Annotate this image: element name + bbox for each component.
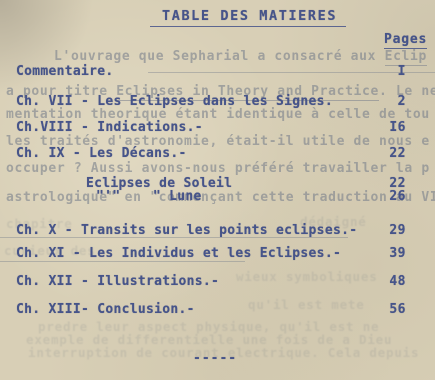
toc-entry-page-number: I6 [378, 120, 406, 135]
toc-entry-label: Ch. IX - Les Décans.- [16, 146, 187, 161]
toc-entry-page-number: 56 [378, 302, 406, 317]
toc-entry-label: Ch. XIII- Conclusion.- [16, 302, 195, 317]
bleedthrough-rule [0, 261, 245, 262]
bleedthrough-text: occuper ? Aussi avons-nous préféré trava… [6, 161, 430, 176]
toc-entry-page-number: 26 [378, 189, 406, 204]
pages-column-header: Pages [384, 32, 427, 49]
bleedthrough-text-line: L'ouvrage que Sepharial a consacré aux E… [54, 49, 427, 64]
toc-row: Ch. XIII- Conclusion.- 56 [0, 302, 435, 316]
page-title: TABLE DES MATIERES [150, 8, 346, 27]
toc-entry-label: Ch. X - Transits sur les points eclipses… [16, 223, 357, 238]
toc-row: Ch. XI - Les Individus et les Eclipses.-… [0, 246, 435, 260]
toc-entry-page-number: 39 [378, 246, 406, 261]
toc-entry-page-number: 22 [378, 146, 406, 161]
toc-entry-label: Ch.VIII - Indications.- [16, 120, 203, 135]
toc-entry-label: Ch. XI - Les Individus et les Eclipses.- [16, 246, 341, 261]
scanned-document-page: L'ouvrage que Sepharial a consacré aux E… [0, 0, 435, 380]
toc-entry-page-number: 2 [378, 94, 406, 109]
toc-row: Ch. X - Transits sur les points eclipses… [0, 223, 435, 237]
toc-entry-label: Ch. VII - Les Eclipses dans les Signes. [16, 94, 333, 109]
toc-entry-page-number: 48 [378, 274, 406, 289]
toc-entry-label: "'" " Lune [96, 189, 202, 204]
toc-entry-label: Commentaire. [16, 64, 114, 79]
end-dashes: ----- [193, 351, 237, 366]
toc-row: Eclipses de Soleil 22 [0, 176, 435, 190]
toc-row: "'" " Lune 26 [0, 189, 435, 203]
bleedthrough-text: L'ouvrage que Sepharial a consacré aux [54, 49, 385, 64]
toc-row: Ch. VII - Les Eclipses dans les Signes. … [0, 94, 435, 108]
toc-entry-page-number: 29 [378, 223, 406, 238]
toc-row: Ch.VIII - Indications.- I6 [0, 120, 435, 134]
bleedthrough-text-line: occuper ? Aussi avons-nous préféré trava… [6, 161, 430, 176]
toc-row: Ch. IX - Les Décans.- 22 [0, 146, 435, 160]
toc-row: Commentaire. I [0, 64, 435, 78]
toc-entry-label: Ch. XII - Illustrations.- [16, 274, 219, 289]
toc-entry-page-number: I [378, 64, 406, 79]
toc-row: Ch. XII - Illustrations.- 48 [0, 274, 435, 288]
